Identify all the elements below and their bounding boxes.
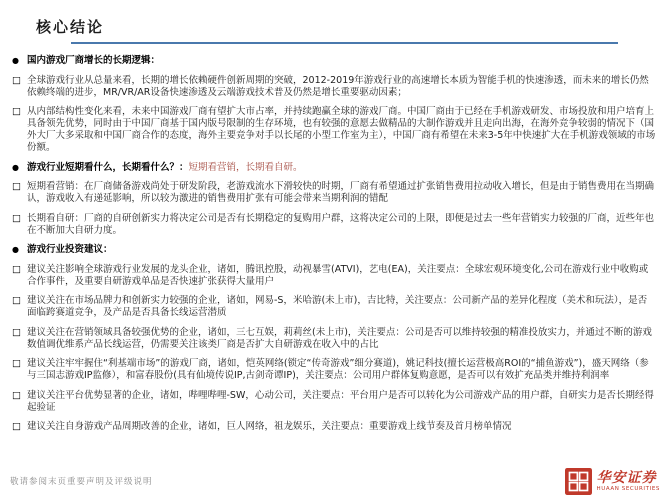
report-slide: 核心结论 ●国内游戏厂商增长的长期逻辑：□全球游戏行业从总量来看，长期的增长依赖… [0,0,667,500]
item-text: 建议关注自身游戏产品周期改善的企业，诸如，巨人网络，祖龙娱乐，关注要点：重要游戏… [27,421,656,433]
item-text: 建议关注在营销领域具备较强优势的企业，诸如，三七互娱，莉莉丝(未上市)，关注要点… [27,327,656,351]
section-heading: ●游戏行业短期看什么，长期看什么？：短期看营销，长期看自研。 [10,162,656,174]
brand-logo: 华安证券 HUAAN SECURITIES [565,468,660,495]
brand-name-en: HUAAN SECURITIES [596,486,660,493]
circle-bullet-icon: ● [10,244,27,256]
bullet-item: □短期看营销：在厂商储备游戏尚处于研发阶段，老游戏流水下滑较快的时期，厂商有希望… [10,181,656,205]
brand-text: 华安证券 HUAAN SECURITIES [596,471,660,493]
content-list: ●国内游戏厂商增长的长期逻辑：□全球游戏行业从总量来看，长期的增长依赖硬件创新周… [0,44,667,433]
square-bullet-icon: □ [10,358,27,382]
bullet-item: □建议关注平台优势显著的企业，诸如，哔哩哔哩-SW，心动公司，关注要点：平台用户… [10,390,656,414]
item-text: 建议关注在市场品牌力和创新实力较强的企业，诸如，网易-S，米哈游(未上市)，吉比… [27,295,656,319]
footer-disclaimer: 敬请参阅末页重要声明及评级说明 [10,477,153,487]
bullet-item: □从内部结构性变化来看，未来中国游戏厂商有望扩大市占率，并持续跑赢全球的游戏厂商… [10,106,656,154]
square-bullet-icon: □ [10,181,27,205]
item-text: 长期看自研：厂商的自研创新实力将决定公司是否有长期稳定的复购用户群，这将决定公司… [27,213,656,237]
bullet-item: □建议关注影响全球游戏行业发展的龙头企业，诸如，腾讯控股，动视暴雪(ATVI)，… [10,264,656,288]
square-bullet-icon: □ [10,264,27,288]
brand-name-cn: 华安证券 [596,471,660,486]
item-text: 建议关注影响全球游戏行业发展的龙头企业，诸如，腾讯控股，动视暴雪(ATVI)，艺… [27,264,656,288]
section-heading: ●国内游戏厂商增长的长期逻辑： [10,55,656,67]
circle-bullet-icon: ● [10,162,27,174]
square-bullet-icon: □ [10,75,27,99]
bullet-item: □建议关注牢牢握住“利基端市场”的游戏厂商，诸如，恺英网络(锁定“传奇游戏”细分… [10,358,656,382]
bullet-item: □建议关注在市场品牌力和创新实力较强的企业，诸如，网易-S，米哈游(未上市)，吉… [10,295,656,319]
bullet-item: □全球游戏行业从总量来看，长期的增长依赖硬件创新周期的突破，2012-2019年… [10,75,656,99]
square-bullet-icon: □ [10,295,27,319]
square-bullet-icon: □ [10,213,27,237]
page-title: 核心结论 [36,16,667,37]
section-heading: ●游戏行业投资建议： [10,244,656,256]
bullet-item: □长期看自研：厂商的自研创新实力将决定公司是否有长期稳定的复购用户群，这将决定公… [10,213,656,237]
square-bullet-icon: □ [10,327,27,351]
item-text: 全球游戏行业从总量来看，长期的增长依赖硬件创新周期的突破，2012-2019年游… [27,75,656,99]
huaan-logo-icon [565,468,592,495]
bullet-item: □建议关注在营销领域具备较强优势的企业，诸如，三七互娱，莉莉丝(未上市)，关注要… [10,327,656,351]
square-bullet-icon: □ [10,106,27,154]
square-bullet-icon: □ [10,390,27,414]
item-text: 建议关注牢牢握住“利基端市场”的游戏厂商，诸如，恺英网络(锁定“传奇游戏”细分赛… [27,358,656,382]
footer: 敬请参阅末页重要声明及评级说明 [10,475,153,487]
item-text: 从内部结构性变化来看，未来中国游戏厂商有望扩大市占率，并持续跑赢全球的游戏厂商。… [27,106,656,154]
square-bullet-icon: □ [10,421,27,433]
bullet-item: □建议关注自身游戏产品周期改善的企业，诸如，巨人网络，祖龙娱乐，关注要点：重要游… [10,421,656,433]
slide-header: 核心结论 [0,0,667,44]
item-text: 建议关注平台优势显著的企业，诸如，哔哩哔哩-SW，心动公司，关注要点：平台用户是… [27,390,656,414]
circle-bullet-icon: ● [10,55,27,67]
heading-highlight-text: 短期看营销，长期看自研。 [189,162,303,173]
heading-text: 国内游戏厂商增长的长期逻辑： [27,55,656,67]
heading-text: 游戏行业投资建议： [27,244,656,256]
item-text: 短期看营销：在厂商储备游戏尚处于研发阶段，老游戏流水下滑较快的时期，厂商有希望通… [27,181,656,205]
heading-text: 游戏行业短期看什么，长期看什么？：短期看营销，长期看自研。 [27,162,656,174]
